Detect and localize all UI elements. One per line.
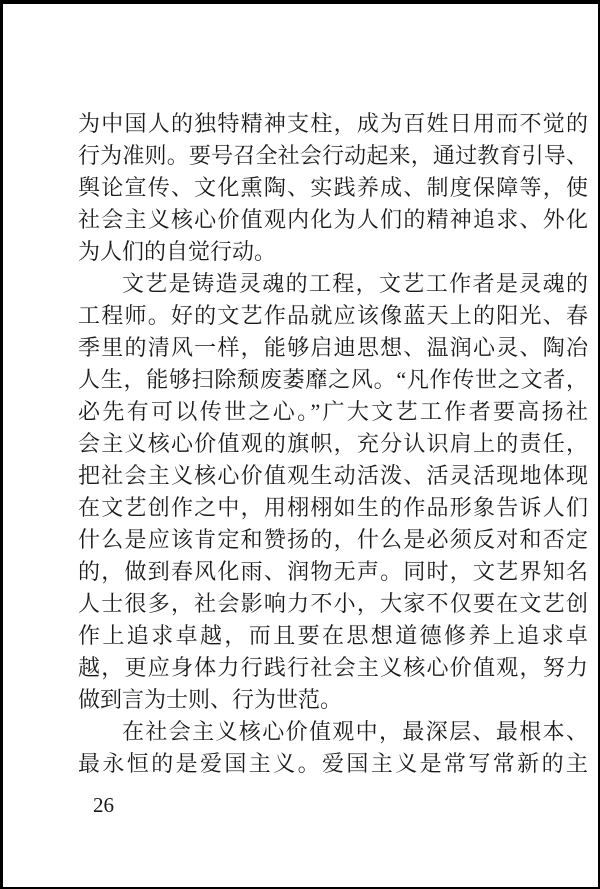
text-line: 季里的清风一样，能够启迪思想、温润心灵、陶冶 — [78, 332, 588, 364]
text-line: 社会主义核心价值观内化为人们的精神追求、外化 — [78, 204, 588, 236]
page-number: 26 — [93, 793, 114, 817]
text-line: 在社会主义核心价值观中，最深层、最根本、 — [78, 716, 588, 748]
text-line: 把社会主义核心价值观生动活泼、活灵活现地体现 — [78, 460, 588, 492]
paragraph: 文艺是铸造灵魂的工程，文艺工作者是灵魂的工程师。好的文艺作品就应该像蓝天上的阳光… — [78, 268, 588, 716]
text-line: 为人们的自觉行动。 — [78, 236, 588, 268]
book-page: 为中国人的独特精神支柱，成为百姓日用而不觉的行为准则。要号召全社会行动起来，通过… — [0, 0, 600, 889]
paragraph: 在社会主义核心价值观中，最深层、最根本、最永恒的是爱国主义。爱国主义是常写常新的… — [78, 716, 588, 780]
paragraph: 为中国人的独特精神支柱，成为百姓日用而不觉的行为准则。要号召全社会行动起来，通过… — [78, 108, 588, 268]
text-line: 文艺是铸造灵魂的工程，文艺工作者是灵魂的 — [78, 268, 588, 300]
text-line: 最永恒的是爱国主义。爱国主义是常写常新的主 — [78, 748, 588, 780]
text-line: 舆论宣传、文化熏陶、实践养成、制度保障等，使 — [78, 172, 588, 204]
text-line: 人生，能够扫除颓废萎靡之风。“凡作传世之文者， — [78, 364, 588, 396]
text-line: 必先有可以传世之心。”广大文艺工作者要高扬社 — [78, 396, 588, 428]
text-line: 工程师。好的文艺作品就应该像蓝天上的阳光、春 — [78, 300, 588, 332]
text-line: 什么是应该肯定和赞扬的，什么是必须反对和否定 — [78, 524, 588, 556]
text-line: 为中国人的独特精神支柱，成为百姓日用而不觉的 — [78, 108, 588, 140]
text-line: 人士很多，社会影响力不小，大家不仅要在文艺创 — [78, 588, 588, 620]
text-line: 做到言为士则、行为世范。 — [78, 684, 588, 716]
text-line: 在文艺创作之中，用栩栩如生的作品形象告诉人们 — [78, 492, 588, 524]
page-body-text: 为中国人的独特精神支柱，成为百姓日用而不觉的行为准则。要号召全社会行动起来，通过… — [78, 108, 588, 780]
text-line: 行为准则。要号召全社会行动起来，通过教育引导、 — [78, 140, 588, 172]
text-line: 会主义核心价值观的旗帜，充分认识肩上的责任， — [78, 428, 588, 460]
text-line: 的，做到春风化雨、润物无声。同时，文艺界知名 — [78, 556, 588, 588]
text-line: 作上追求卓越，而且要在思想道德修养上追求卓 — [78, 620, 588, 652]
text-line: 越，更应身体力行践行社会主义核心价值观，努力 — [78, 652, 588, 684]
